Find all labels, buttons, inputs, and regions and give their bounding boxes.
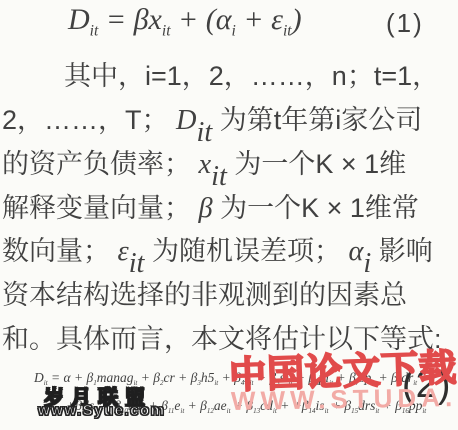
watermark-studa-url: WWW.STUDA. [231, 382, 458, 417]
scanned-paper-page: Dit = βxit + (αi + εit) (1) 其中，i=1，2，……，… [0, 0, 458, 430]
equation-1-number: (1) [386, 8, 424, 39]
body-line: 资本结构选择的非观测到的因素总 [2, 273, 407, 312]
body-line: 其中，i=1，2，……，n；t=1， [64, 54, 439, 93]
equation-1: Dit = βxit + (αi + εit) [68, 3, 302, 41]
body-line: 解释变量向量； β 为一个K × 1维常 [2, 186, 419, 225]
watermark-syue-url: www.Syue.com [38, 402, 165, 419]
